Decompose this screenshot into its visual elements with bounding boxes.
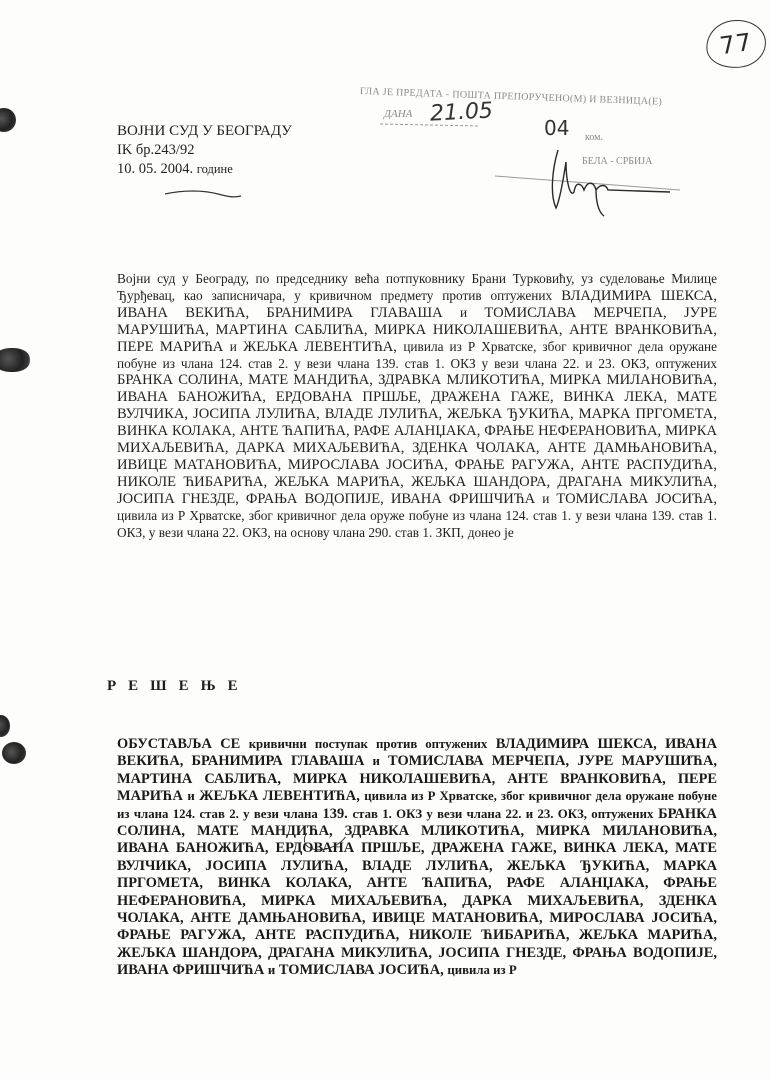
decision-title: РЕШЕЊЕ [107,678,250,695]
handwritten-squiggle [163,188,243,200]
defendants-list: ТОМИСЛАВА ЈОСИЋА, [556,491,717,507]
binder-hole [2,742,26,764]
conjunction: и [373,754,380,768]
date-suffix: године [197,162,233,176]
binder-hole [0,348,30,372]
conjunction: и [187,789,194,803]
conjunction: и [268,963,275,977]
scanned-document-page: 77 ВОЈНИ СУД У БЕОГРАДУ IK бр.243/92 10.… [0,0,770,1080]
intro-paragraph: Војни суд у Београду, по председнику већ… [117,271,717,542]
intro-text: донео је [468,525,514,540]
date-value: 10. 05. 2004. [117,161,193,177]
defendants-list: БРАНКА СОЛИНА, МАТЕ МАНДИЋА, ЗДРАВКА МЛИ… [117,372,717,506]
ruling-text: став 1. ОКЗ у вези члана 22. и 23. ОКЗ, … [352,807,653,821]
case-number: IK бр.243/92 [117,141,292,160]
handwritten-page-number: 77 [703,16,769,72]
ruling-lead: ОБУСТАВЉА СЕ [117,736,240,752]
binder-hole [0,108,16,132]
court-name: ВОЈНИ СУД У БЕОГРАДУ [117,122,292,141]
conjunction: и [542,491,549,506]
defendants-list: БРАНКА СОЛИНА, МАТЕ МАНДИЋА, ЗДРАВКА МЛИ… [117,806,717,979]
receipt-stamp: ГЛА ЈЕ ПРЕДАТА - ПОШТА ПРЕПОРУЧЕНО(М) И … [360,80,680,220]
defendants-list: ТОМИСЛАВА ЈОСИЋА, [279,962,444,978]
document-date: 10. 05. 2004. године [117,160,292,179]
document-header: ВОЈНИ СУД У БЕОГРАДУ IK бр.243/92 10. 05… [117,122,292,179]
defendants-list: ЖЕЉКА ЛЕВЕНТИЋА, [199,788,360,804]
intro-text: цивила из Р Хрватске, због кривичног дел… [117,508,717,540]
binder-hole [0,715,10,737]
conjunction: и [460,305,467,320]
defendants-list: ЖЕЉКА ЛЕВЕНТИЋА, [243,339,397,355]
signature-icon [360,80,680,220]
ruling-text: кривични поступак против оптужених [249,737,488,751]
conjunction: и [230,339,237,354]
ruling-paragraph: ОБУСТАВЉА СЕ кривични поступак против оп… [117,736,717,980]
ruling-text: цивила из Р [447,963,516,977]
